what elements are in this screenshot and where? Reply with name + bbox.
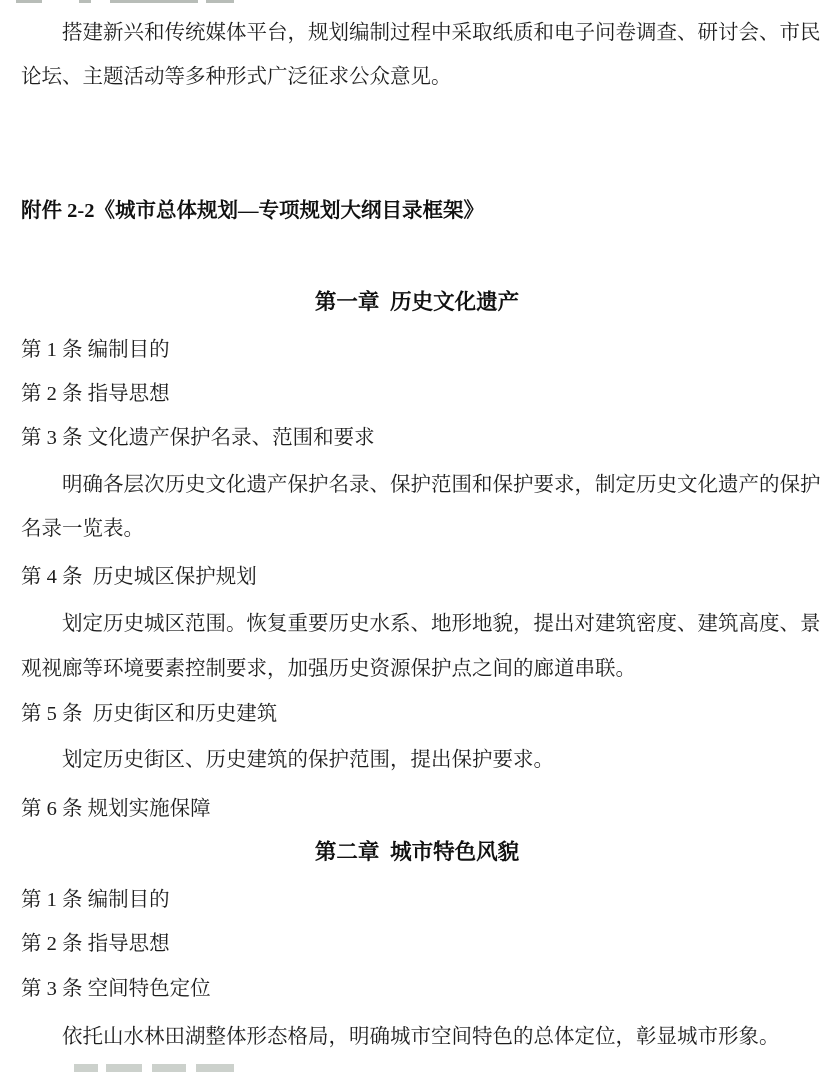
ch1-article-1: 第 1 条 编制目的 <box>21 336 170 364</box>
clipped-text-fragment <box>106 1064 142 1072</box>
ch1-article-5-note-line-1: 划定历史街区、历史建筑的保护范围，提出保护要求。 <box>62 746 554 774</box>
ch1-article-3-note-line-1: 明确各层次历史文化遗产保护名录、保护范围和保护要求，制定历史文化遗产的保护 <box>62 471 821 499</box>
ch1-article-3-note-line-2: 名录一览表。 <box>21 515 144 543</box>
attachment-title: 附件 2-2《城市总体规划—专项规划大纲目录框架》 <box>21 197 484 225</box>
clipped-text-fragment <box>16 0 42 3</box>
clipped-text-fragment <box>196 1064 234 1072</box>
ch1-article-3: 第 3 条 文化遗产保护名录、范围和要求 <box>21 424 375 452</box>
clipped-text-fragment <box>74 1064 98 1072</box>
ch1-article-4-note-line-1: 划定历史城区范围。恢复重要历史水系、地形地貌，提出对建筑密度、建筑高度、景 <box>62 610 821 638</box>
intro-paragraph-line-2: 论坛、主题活动等多种形式广泛征求公众意见。 <box>21 63 452 91</box>
clipped-text-fragment <box>152 1064 186 1072</box>
ch1-article-6: 第 6 条 规划实施保障 <box>21 795 211 823</box>
clipped-text-fragment <box>110 0 198 3</box>
ch2-article-2: 第 2 条 指导思想 <box>21 930 170 958</box>
ch2-article-1: 第 1 条 编制目的 <box>21 886 170 914</box>
chapter-2-title: 第二章 城市特色风貌 <box>0 838 834 866</box>
ch1-article-4: 第 4 条 历史城区保护规划 <box>21 563 257 591</box>
ch2-article-3-note-line-1: 依托山水林田湖整体形态格局，明确城市空间特色的总体定位，彰显城市形象。 <box>62 1023 780 1051</box>
ch2-article-3: 第 3 条 空间特色定位 <box>21 975 211 1003</box>
clipped-text-fragment <box>206 0 234 3</box>
intro-paragraph-line-1: 搭建新兴和传统媒体平台，规划编制过程中采取纸质和电子问卷调查、研讨会、市民 <box>62 19 821 47</box>
document-page: 搭建新兴和传统媒体平台，规划编制过程中采取纸质和电子问卷调查、研讨会、市民 论坛… <box>0 0 834 1072</box>
ch1-article-2: 第 2 条 指导思想 <box>21 380 170 408</box>
clipped-text-fragment <box>79 0 91 3</box>
chapter-1-title: 第一章 历史文化遗产 <box>0 288 834 316</box>
ch1-article-4-note-line-2: 观视廊等环境要素控制要求，加强历史资源保护点之间的廊道串联。 <box>21 655 636 683</box>
ch1-article-5: 第 5 条 历史街区和历史建筑 <box>21 700 277 728</box>
